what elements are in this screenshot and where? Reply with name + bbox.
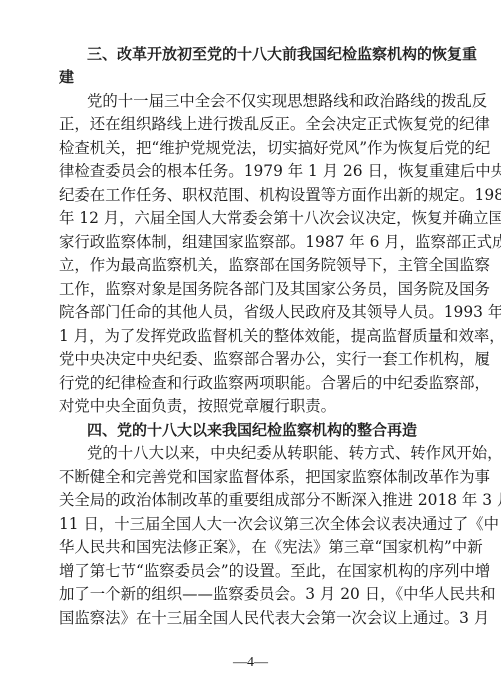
- paragraph-line: 关全局的政治体制改革的重要组成部分不断深入推进 2018 年 3 月: [59, 489, 443, 513]
- paragraph-line: 检查机关，把“维护党规党法，切实搞好党风”作为恢复后党的纪: [59, 137, 443, 161]
- paragraph-line: 党的十一届三中全会不仅实现思想路线和政治路线的拨乱反: [87, 90, 443, 114]
- paragraph-line: 正，还在组织路线上进行拨乱反正。全会决定正式恢复党的纪律: [59, 113, 443, 137]
- paragraph-line: 对党中央全面负责，按照党章履行职责。: [59, 395, 443, 419]
- paragraph-line: 加了一个新的组织——监察委员会。3 月 20 日，《中华人民共和: [59, 583, 443, 607]
- section4-heading: 四、党的十八大以来我国纪检监察机构的整合再造: [87, 419, 443, 443]
- paragraph-line: 11 日，十三届全国人大一次会议第三次全体会议表决通过了《中: [59, 513, 443, 537]
- paragraph-line: 党中央决定中央纪委、监察部合署办公，实行一套工作机构，履: [59, 348, 443, 372]
- section3-heading-line-2: 建: [59, 66, 443, 90]
- paragraph-line: 立，作为最高监察机关，监察部在国务院领导下，主管全国监察: [59, 254, 443, 278]
- paragraph-line: 院各部门任命的其他人员，省级人民政府及其领导人员。1993 年: [59, 301, 443, 325]
- paragraph-line: 增了第七节“监察委员会”的设置。至此，在国家机构的序列中增: [59, 560, 443, 584]
- section3-heading-line-1: 三、改革开放初至党的十八大前我国纪检监察机构的恢复重: [87, 43, 443, 67]
- document-page: 三、改革开放初至党的十八大前我国纪检监察机构的恢复重 建 党的十一届三中全会不仅…: [0, 0, 501, 690]
- paragraph-line: 1 月，为了发挥党政监督机关的整体效能，提高监督质量和效率，: [59, 325, 443, 349]
- paragraph-line: 行党的纪律检查和行政监察两项职能。合署后的中纪委监察部，: [59, 372, 443, 396]
- paragraph-line: 国监察法》在十三届全国人民代表大会第一次会议上通过。3 月: [59, 607, 443, 631]
- paragraph-line: 纪委在工作任务、职权范围、机构设置等方面作出新的规定。1986: [59, 184, 443, 208]
- paragraph-line: 不断健全和完善党和国家监督体系，把国家监察体制改革作为事: [59, 466, 443, 490]
- paragraph-line: 家行政监察体制，组建国家监察部。1987 年 6 月，监察部正式成: [59, 231, 443, 255]
- paragraph-line: 华人民共和国宪法修正案》，在《宪法》第三章“国家机构”中新: [59, 536, 443, 560]
- paragraph-line: 律检查委员会的根本任务。1979 年 1 月 26 日，恢复重建后中央: [59, 160, 443, 184]
- page-number: —4—: [0, 655, 501, 671]
- paragraph-line: 年 12 月，六届全国人大常委会第十八次会议决定，恢复并确立国: [59, 207, 443, 231]
- paragraph-line: 工作，监察对象是国务院各部门及其国家公务员，国务院及国务: [59, 278, 443, 302]
- paragraph-line: 党的十八大以来，中央纪委从转职能、转方式、转作风开始，: [87, 442, 443, 466]
